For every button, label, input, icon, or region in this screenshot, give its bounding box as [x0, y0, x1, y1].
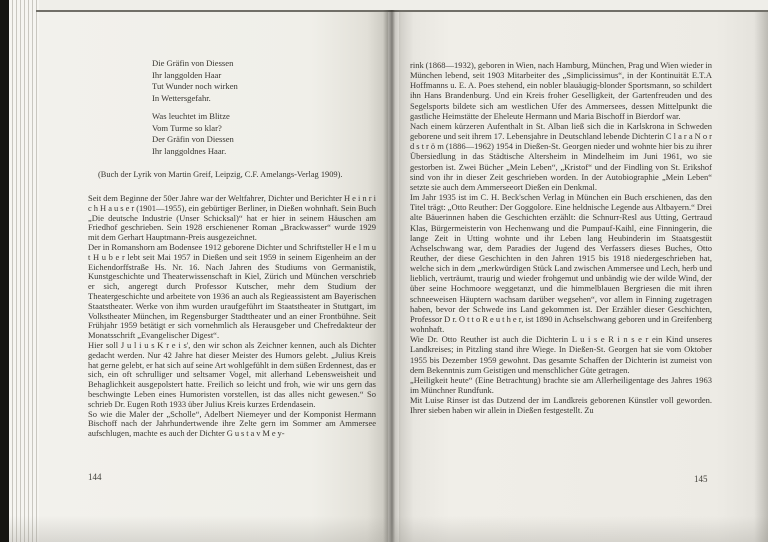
left-page-text: Seit dem Beginne der 50er Jahre war der … [88, 194, 376, 439]
paragraph: rink (1868—1932), geboren in Wien, nach … [410, 60, 712, 121]
page-edge-stack [9, 0, 39, 542]
scan-bottom-shade [9, 516, 768, 542]
poem-line: Was leuchtet im Blitze [152, 111, 376, 123]
poem-line: Ihr langgolden Haar [152, 70, 376, 82]
left-page-content: Die Gräfin von Diessen Ihr langgolden Ha… [88, 58, 376, 439]
book-cover-edge [0, 0, 9, 542]
poem-stanza-1: Die Gräfin von Diessen Ihr langgolden Ha… [152, 58, 376, 104]
scan-top-edge [39, 0, 768, 10]
poem-stanza-2: Was leuchtet im Blitze Vom Turme so klar… [152, 111, 376, 157]
paragraph: Mit Luise Rinser ist das Dutzend der im … [410, 395, 712, 415]
left-page: Die Gräfin von Diessen Ihr langgolden Ha… [39, 12, 388, 542]
paragraph: Nach einem kürzeren Aufenthalt in St. Al… [410, 121, 712, 192]
paragraph: Hier soll J u l i u s K r e i s', den wi… [88, 341, 376, 410]
right-page: rink (1868—1932), geboren in Wien, nach … [399, 12, 768, 542]
book-scan: Die Gräfin von Diessen Ihr langgolden Ha… [0, 0, 768, 542]
right-page-text: rink (1868—1932), geboren in Wien, nach … [410, 60, 712, 415]
poem-line: Der Gräfin von Diessen [152, 134, 376, 146]
paragraph: „Heiligkeit heute“ (Eine Betrachtung) br… [410, 375, 712, 395]
book-spine [383, 10, 401, 542]
paragraph: So wie die Maler der „Scholle“, Adelbert… [88, 410, 376, 439]
paragraph: Im Jahr 1935 ist im C. H. Beck'schen Ver… [410, 192, 712, 334]
poem-line: Tut Wunder noch wirken [152, 81, 376, 93]
paragraph: Der in Romanshorn am Bodensee 1912 gebor… [88, 243, 376, 341]
page-number-left: 144 [88, 472, 102, 482]
page-number-right: 145 [694, 474, 708, 484]
poem-line: In Wettersgefahr. [152, 93, 376, 105]
scan-right-edge [754, 10, 768, 542]
poem-line: Vom Turme so klar? [152, 123, 376, 135]
poem-line: Ihr langgoldnes Haar. [152, 146, 376, 158]
paragraph: Wie Dr. Otto Reuther ist auch die Dichte… [410, 334, 712, 375]
poem-line: Die Gräfin von Diessen [152, 58, 376, 70]
poem-source-note: (Buch der Lyrik von Martin Greif, Leipzi… [98, 170, 376, 180]
poem: Die Gräfin von Diessen Ihr langgolden Ha… [152, 58, 376, 157]
paragraph: Seit dem Beginne der 50er Jahre war der … [88, 194, 376, 243]
